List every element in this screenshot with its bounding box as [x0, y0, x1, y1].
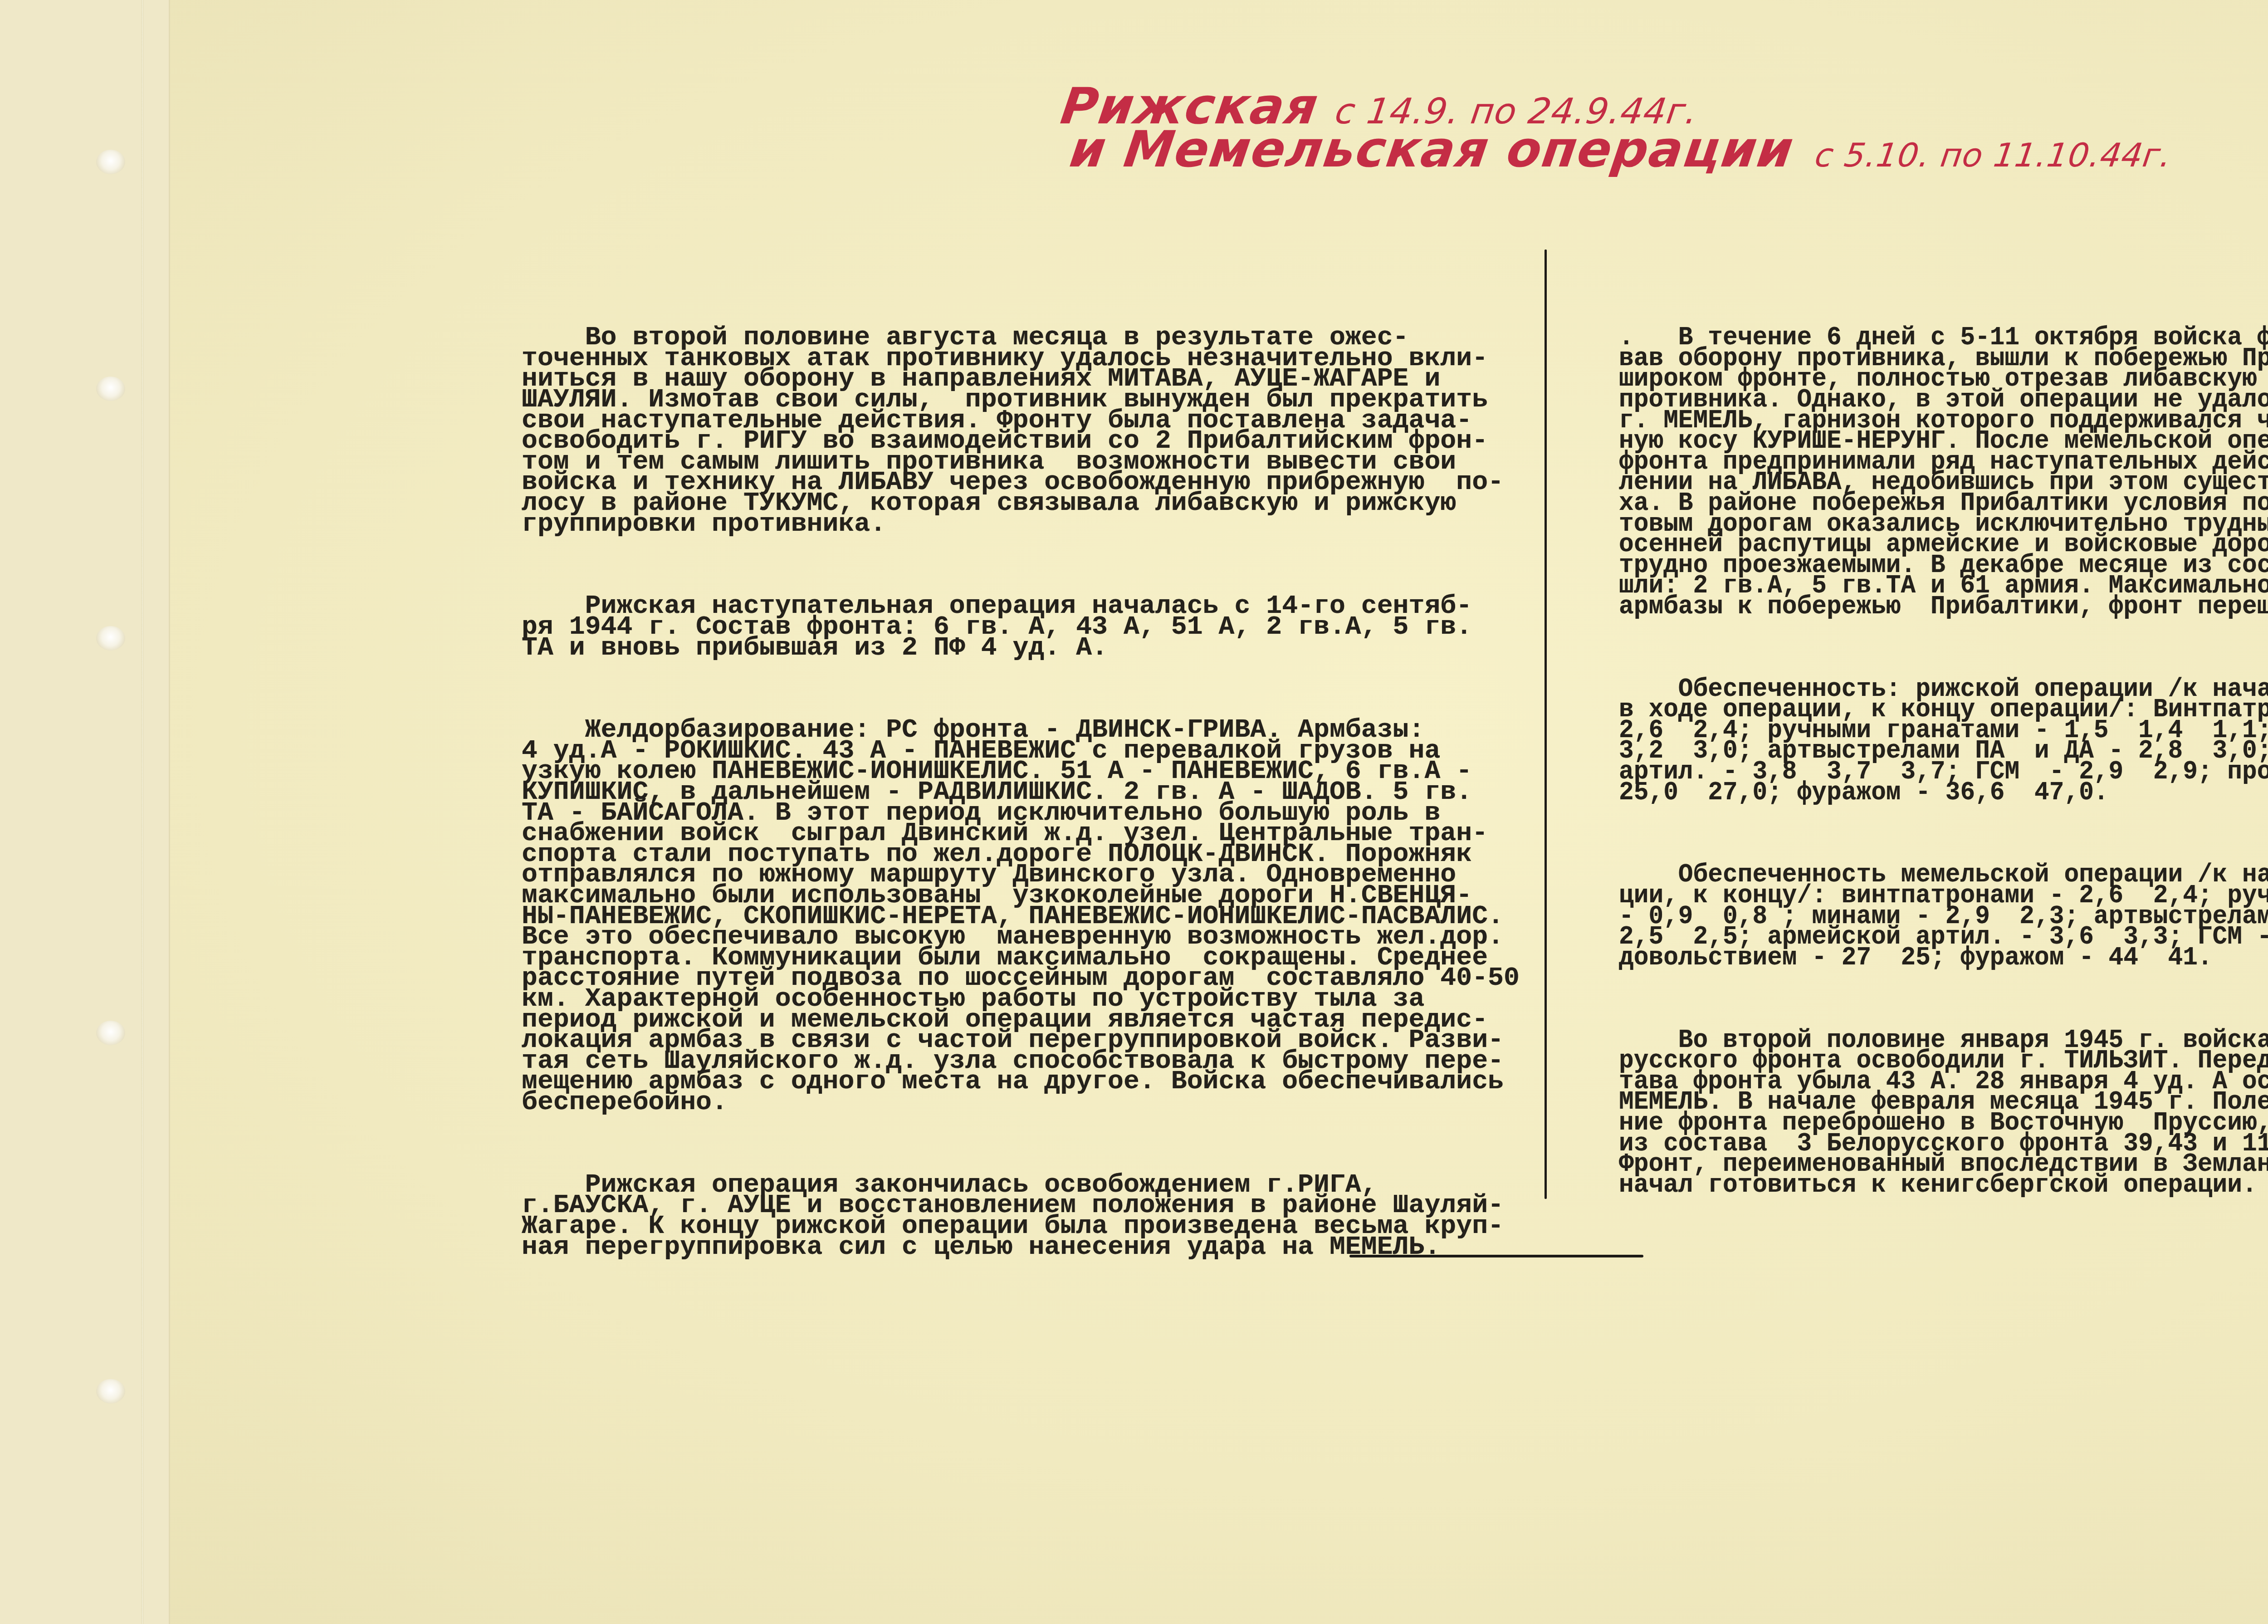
- binding-margin: [0, 0, 170, 1624]
- text-line: начал готовиться к кенигсбергской операц…: [1619, 1175, 2268, 1196]
- punch-hole-icon: [96, 377, 125, 401]
- paragraph-memel-supply: Обеспеченность мемельской операции /к на…: [1619, 865, 2268, 969]
- paragraph-memel-operation: . В течение 6 дней с 5-11 октября войска…: [1619, 328, 2268, 617]
- document-page: -32- Рижскаяс 14.9. по 24.9.44г. и Мемел…: [0, 0, 2268, 1624]
- punch-hole-icon: [96, 1021, 125, 1045]
- title-memel-operation: и Мемельская операции: [1066, 120, 1798, 178]
- punch-hole-icon: [96, 150, 125, 174]
- text-line: армбазы к побережью Прибалтики, фронт пе…: [1619, 597, 2268, 618]
- column-divider: [1545, 249, 1547, 1199]
- fold-line: [142, 0, 143, 1624]
- paragraph-riga-start: Рижская наступательная операция началась…: [522, 597, 1520, 659]
- end-rule: [1349, 1255, 1643, 1257]
- title-memel-dates: с 5.10. по 11.10.44г.: [1813, 136, 2174, 174]
- paragraph-riga-end: Рижская операция закончилась освобождени…: [522, 1175, 1520, 1258]
- text-line: довольствием - 27 25; фуражом - 44 41.: [1619, 948, 2268, 969]
- left-text-column: Во второй половине августа месяца в резу…: [522, 287, 1520, 1320]
- paragraph-rail-basing: Желдорбазирование: РС фронта - ДВИНСК-ГР…: [522, 720, 1520, 1113]
- right-text-column: . В течение 6 дней с 5-11 октября войска…: [1619, 287, 2268, 1258]
- punch-hole-icon: [96, 1379, 125, 1404]
- paragraph-riga-supply: Обеспеченность: рижской операции /к нача…: [1619, 680, 2268, 804]
- paragraph-january-1945: Во второй половине января 1945 г. войска…: [1619, 1031, 2268, 1196]
- paragraph-august-situation: Во второй половине августа месяца в резу…: [522, 328, 1520, 535]
- title-stamp-line-2: и Мемельская операциис 5.10. по 11.10.44…: [1066, 120, 2176, 178]
- punch-hole-icon: [96, 626, 125, 651]
